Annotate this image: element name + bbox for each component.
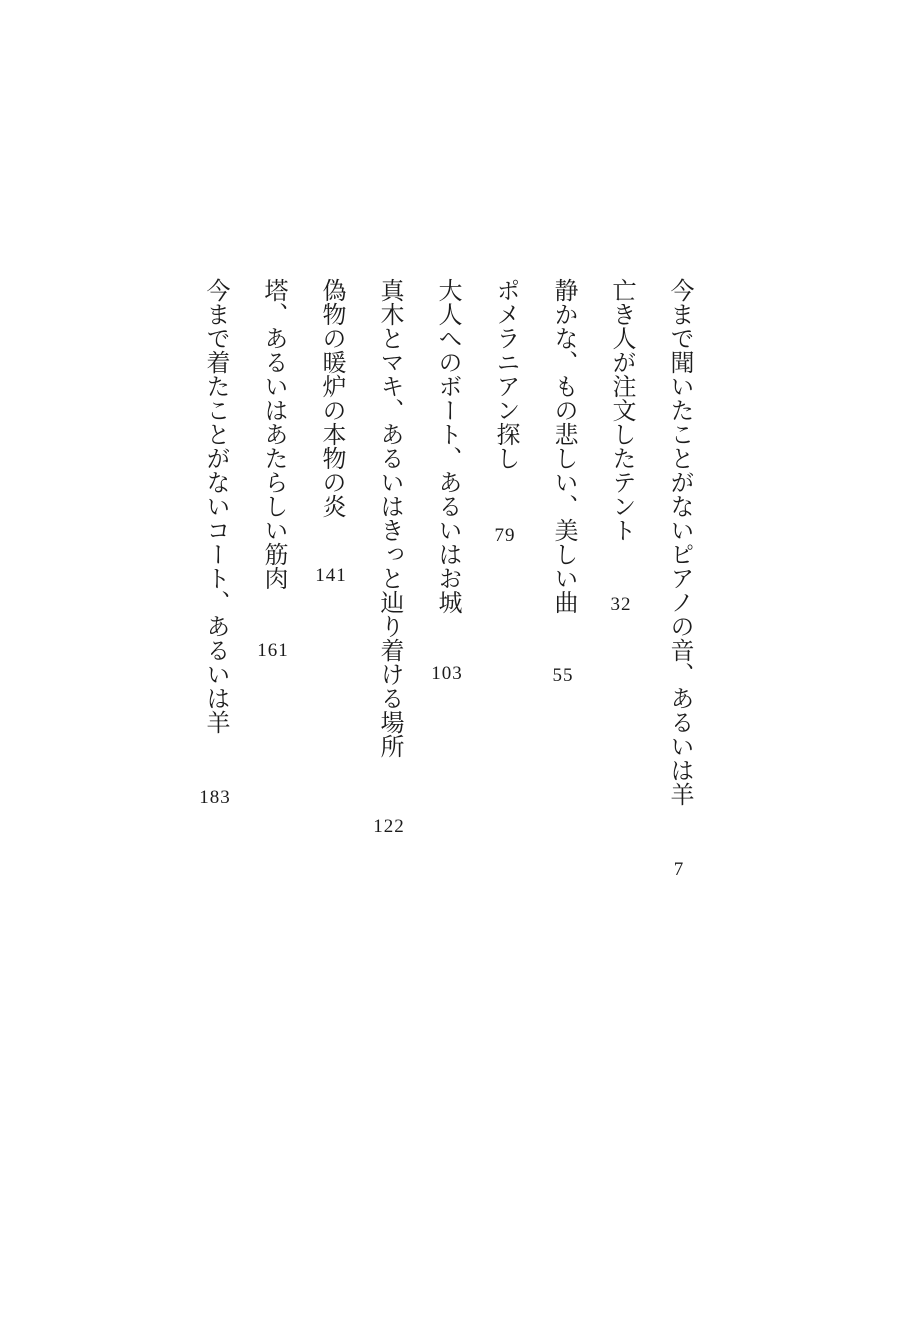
chapter-page-number: 183 (199, 787, 231, 809)
chapter-title: 今まで聞いたことがないピアノの音、あるいは羊 (666, 278, 692, 806)
chapter-page-number: 79 (495, 525, 516, 547)
toc-entry: 偽物の暖炉の本物の炎 (302, 278, 360, 898)
book-page: 今まで聞いたことがないピアノの音、あるいは羊 亡き人が注文したテント 静かな、も… (0, 0, 900, 1322)
chapter-title: 真木とマキ、あるいはきっと辿り着ける場所 (376, 278, 402, 758)
toc-entry: 大人へのボート、あるいはお城 (418, 278, 476, 898)
toc-entry: 静かな、もの悲しい、美しい曲 (534, 278, 592, 898)
chapter-page-number: 161 (257, 640, 289, 662)
chapter-page-number: 141 (315, 565, 347, 587)
chapter-page-number: 55 (553, 665, 574, 687)
chapter-page-number: 103 (431, 663, 463, 685)
chapter-page-number: 122 (373, 816, 405, 838)
chapter-title: 静かな、もの悲しい、美しい曲 (550, 278, 576, 614)
toc-entry: ポメラニアン探し (476, 278, 534, 898)
toc-entry: 真木とマキ、あるいはきっと辿り着ける場所 (360, 278, 418, 898)
chapter-title: 塔、あるいはあたらしい筋肉 (260, 278, 286, 590)
toc-entry: 今まで聞いたことがないピアノの音、あるいは羊 (650, 278, 708, 898)
chapter-title: ポメラニアン探し (492, 278, 518, 470)
chapter-page-number: 7 (674, 859, 685, 881)
chapter-page-number: 32 (611, 594, 632, 616)
chapter-title: 偽物の暖炉の本物の炎 (318, 278, 344, 518)
chapter-title: 今まで着たことがないコート、あるいは羊 (202, 278, 228, 734)
table-of-contents: 今まで聞いたことがないピアノの音、あるいは羊 亡き人が注文したテント 静かな、も… (186, 278, 708, 898)
toc-entry: 塔、あるいはあたらしい筋肉 (244, 278, 302, 898)
chapter-title: 大人へのボート、あるいはお城 (434, 278, 460, 614)
toc-entry: 亡き人が注文したテント (592, 278, 650, 898)
chapter-title: 亡き人が注文したテント (608, 278, 634, 542)
